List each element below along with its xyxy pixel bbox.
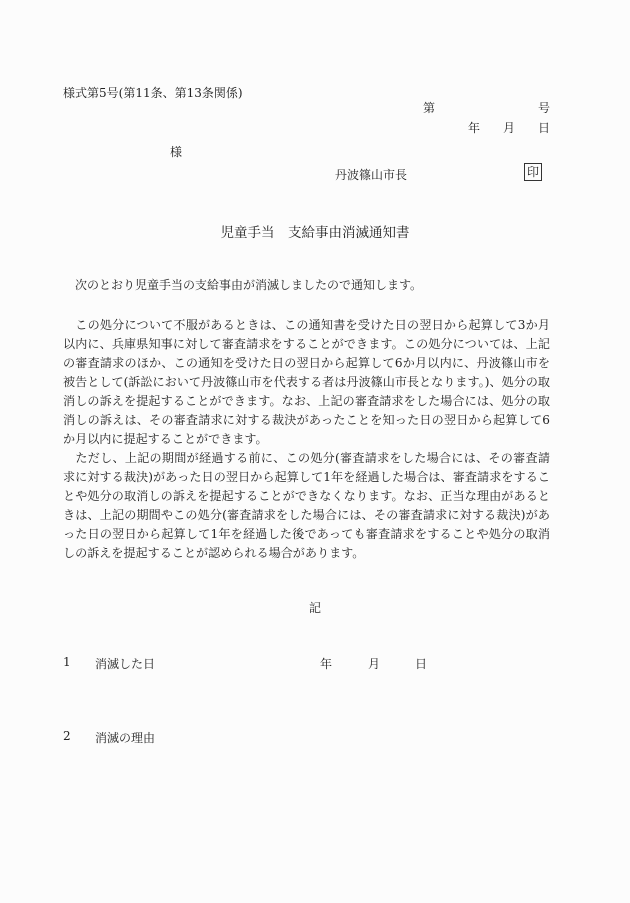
record-marker: 記 — [0, 599, 630, 616]
document-title: 児童手当 支給事由消滅通知書 — [0, 221, 630, 241]
addressee-suffix: 様 — [170, 143, 182, 160]
issuer-name: 丹波篠山市長 — [335, 166, 407, 183]
doc-number-suffix: 号 — [538, 99, 550, 116]
appeal-notice-paragraph-2: ただし、上記の期間が経過する前に、この処分(審査請求をした場合には、その審査請求… — [63, 449, 550, 563]
doc-number-prefix: 第 — [423, 99, 435, 116]
date-day-label: 日 — [538, 119, 550, 136]
item-1-number: 1 — [63, 655, 71, 669]
intro-sentence: 次のとおり児童手当の支給事由が消滅しましたので通知します。 — [63, 276, 422, 293]
date-month-label: 月 — [503, 119, 515, 136]
item-2-number: 2 — [63, 729, 71, 743]
appeal-notice-paragraph-1: この処分について不服があるときは、この通知書を受けた日の翌日から起算して3か月以… — [63, 316, 550, 449]
item-1-month-label: 月 — [368, 655, 380, 672]
item-1-day-label: 日 — [415, 655, 427, 672]
form-number: 様式第5号(第11条、第13条関係) — [63, 84, 243, 101]
item-2-label: 消滅の理由 — [95, 729, 155, 746]
seal-mark: 印 — [524, 163, 542, 181]
document-page: 様式第5号(第11条、第13条関係) 第 号 年 月 日 様 丹波篠山市長 印 … — [0, 0, 630, 903]
appeal-notice-text: この処分について不服があるときは、この通知書を受けた日の翌日から起算して3か月以… — [63, 316, 550, 563]
item-1-label: 消滅した日 — [95, 655, 155, 672]
item-1-year-label: 年 — [320, 655, 332, 672]
date-year-label: 年 — [468, 119, 480, 136]
